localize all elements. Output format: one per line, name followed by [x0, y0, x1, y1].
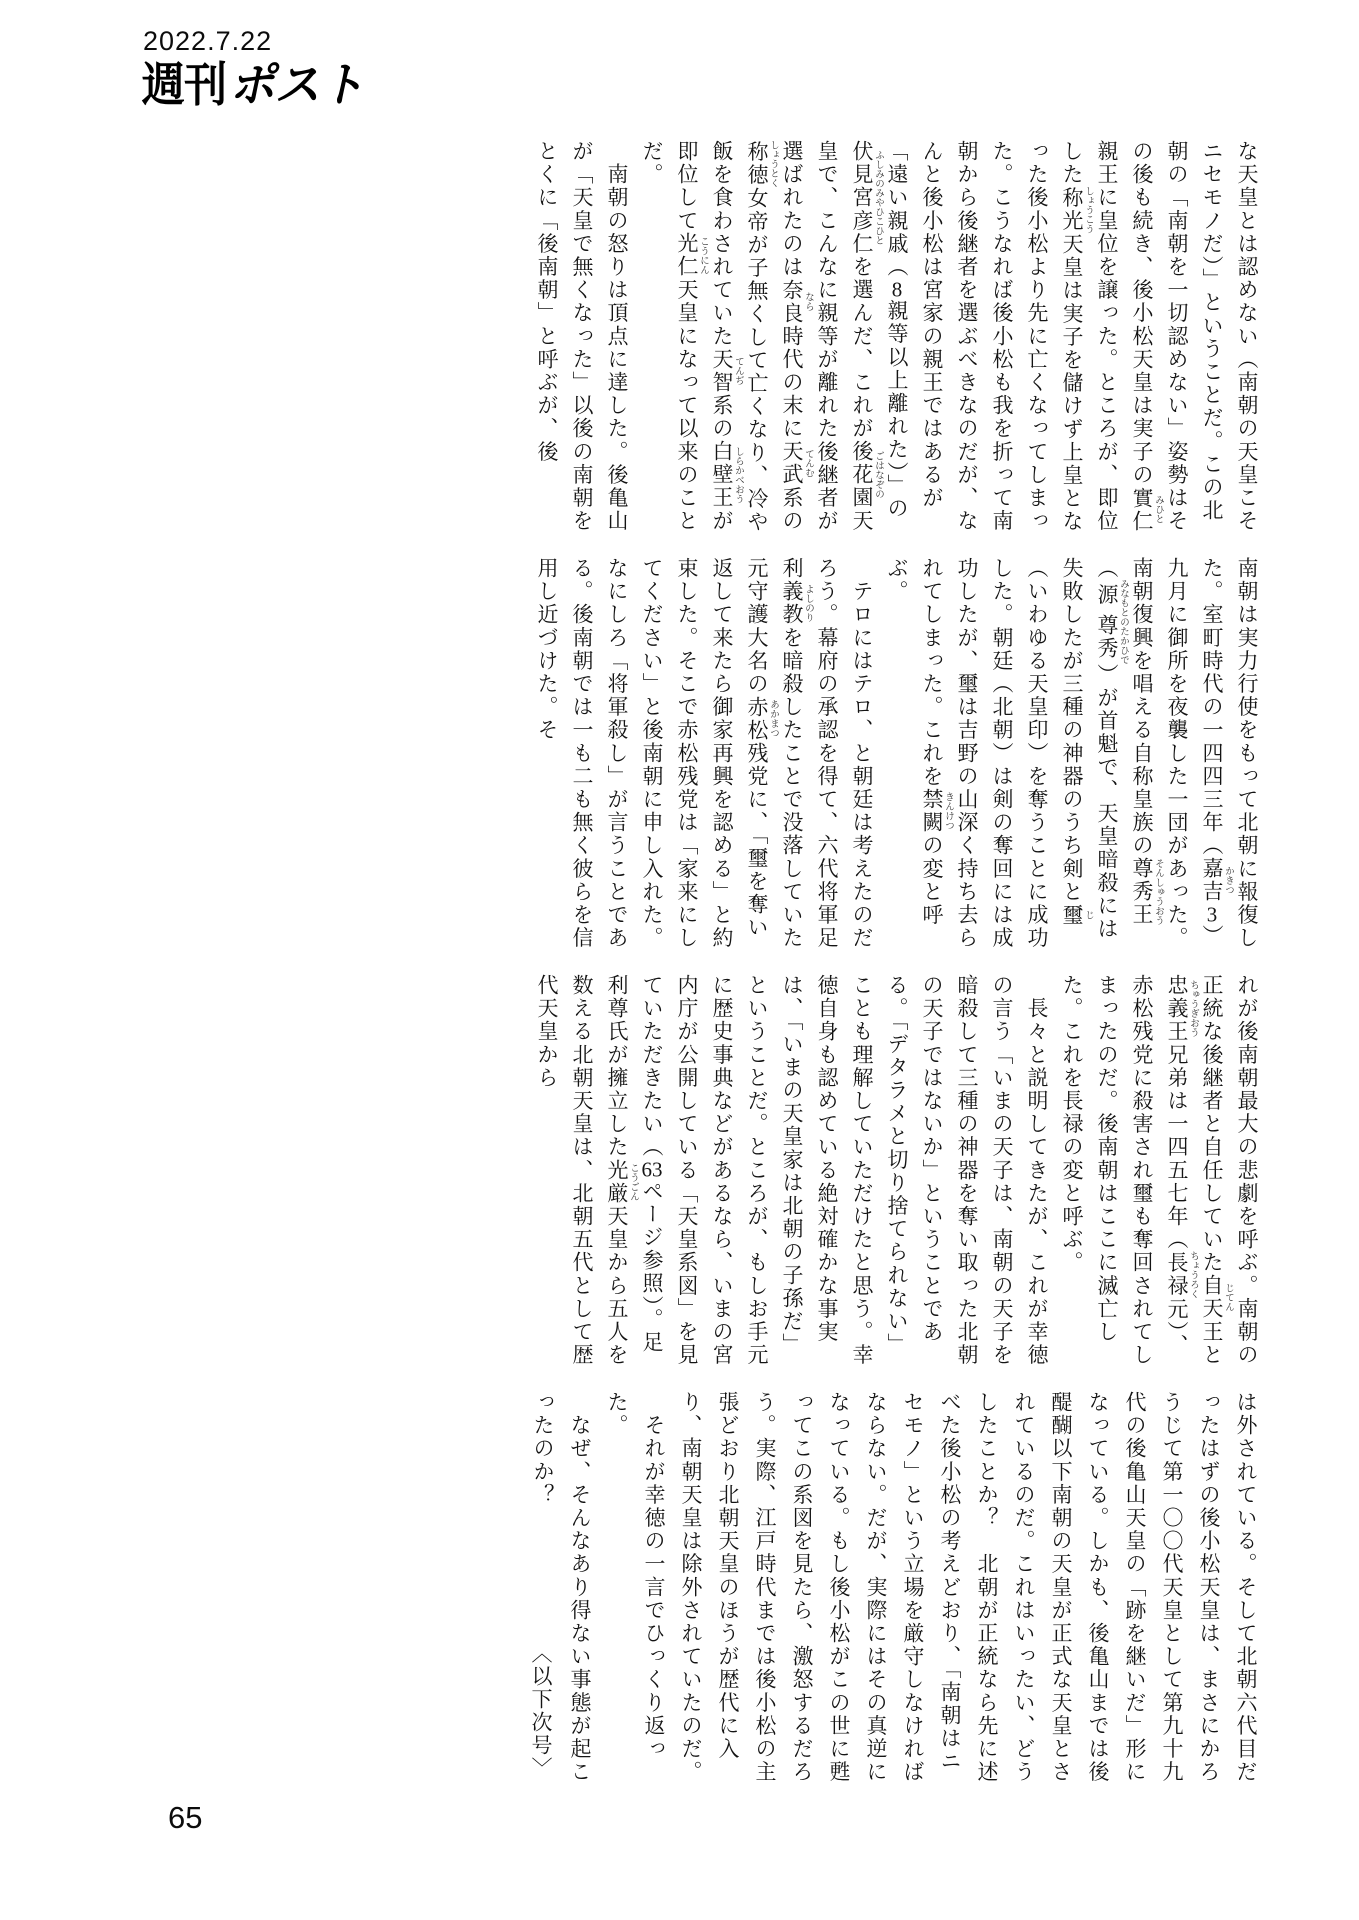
magazine-logo: 週刊ポスト — [138, 48, 370, 115]
article-band-1: な天皇とは認めない（南朝の天皇こそニセモノだ）」ということだ。この北朝の「南朝を… — [529, 140, 1264, 536]
page-number: 65 — [168, 1800, 202, 1836]
logo-weekly-part: 週刊 — [142, 48, 227, 115]
article-band-4: は外されている。そして北朝六代目だったはずの後小松天皇は、まさにかろうじて第一〇… — [524, 1391, 1264, 1787]
magazine-page: 2022.7.22 週刊ポスト な天皇とは認めない（南朝の天皇こそニセモノだ）」… — [0, 0, 1359, 1920]
article-band-3: れが後南朝最大の悲劇を呼ぶ。南朝の正統な後継者と自任していた自天じてん王と忠義王… — [529, 974, 1264, 1370]
next-issue-note: 〈以下次号〉 — [526, 1642, 556, 1780]
logo-post-part: ポスト — [226, 48, 375, 115]
article-band-2: 南朝は実力行使をもって北朝に報復した。室町時代の一四四三年（嘉吉かきつ3）九月に… — [529, 557, 1264, 953]
